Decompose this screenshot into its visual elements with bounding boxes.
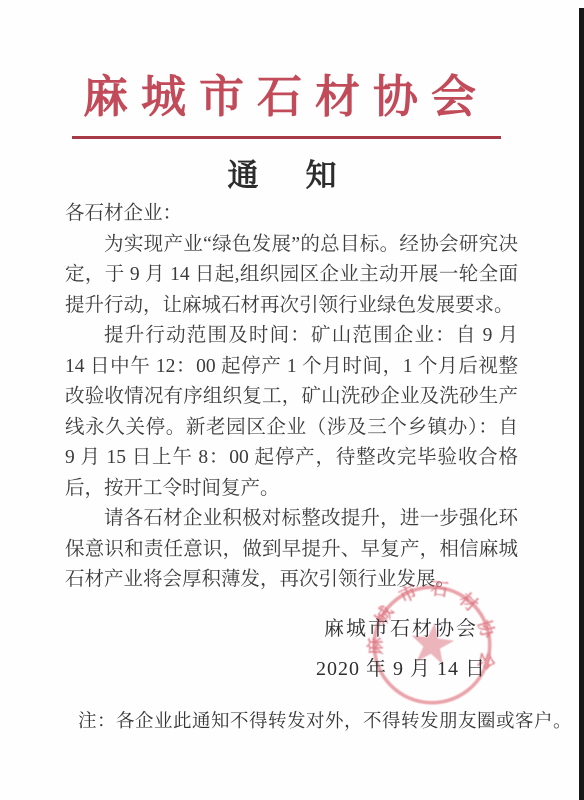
- notice-document-page: 麻城市石材协会 通 知 各石材企业： 为实现产业“绿色发展”的总目标。经协会研究…: [0, 0, 584, 800]
- red-divider-line: [72, 136, 501, 139]
- notice-heading: 通 知: [0, 150, 572, 195]
- body-paragraph: 为实现产业“绿色发展”的总目标。经协会研究决定，于 9 月 14 日起,组织园区…: [65, 230, 518, 322]
- salutation-line: 各石材企业：: [65, 199, 518, 230]
- organization-title: 麻城市石材协会: [0, 60, 572, 125]
- signature-block: 麻城市石材协会 2020 年 9 月 14 日: [316, 612, 486, 681]
- signature-org-name: 麻城市石材协会: [316, 612, 486, 641]
- confidentiality-note: 注：各企业此通知不得转发对外，不得转发朋友圈或客户。: [78, 707, 572, 733]
- signature-date: 2020 年 9 月 14 日: [316, 652, 486, 681]
- body-paragraph: 提升行动范围及时间：矿山范围企业：自 9 月 14 日中午 12：00 起停产 …: [65, 321, 518, 504]
- scan-edge-strip: [579, 8, 584, 800]
- notice-body: 各石材企业： 为实现产业“绿色发展”的总目标。经协会研究决定，于 9 月 14 …: [65, 199, 518, 596]
